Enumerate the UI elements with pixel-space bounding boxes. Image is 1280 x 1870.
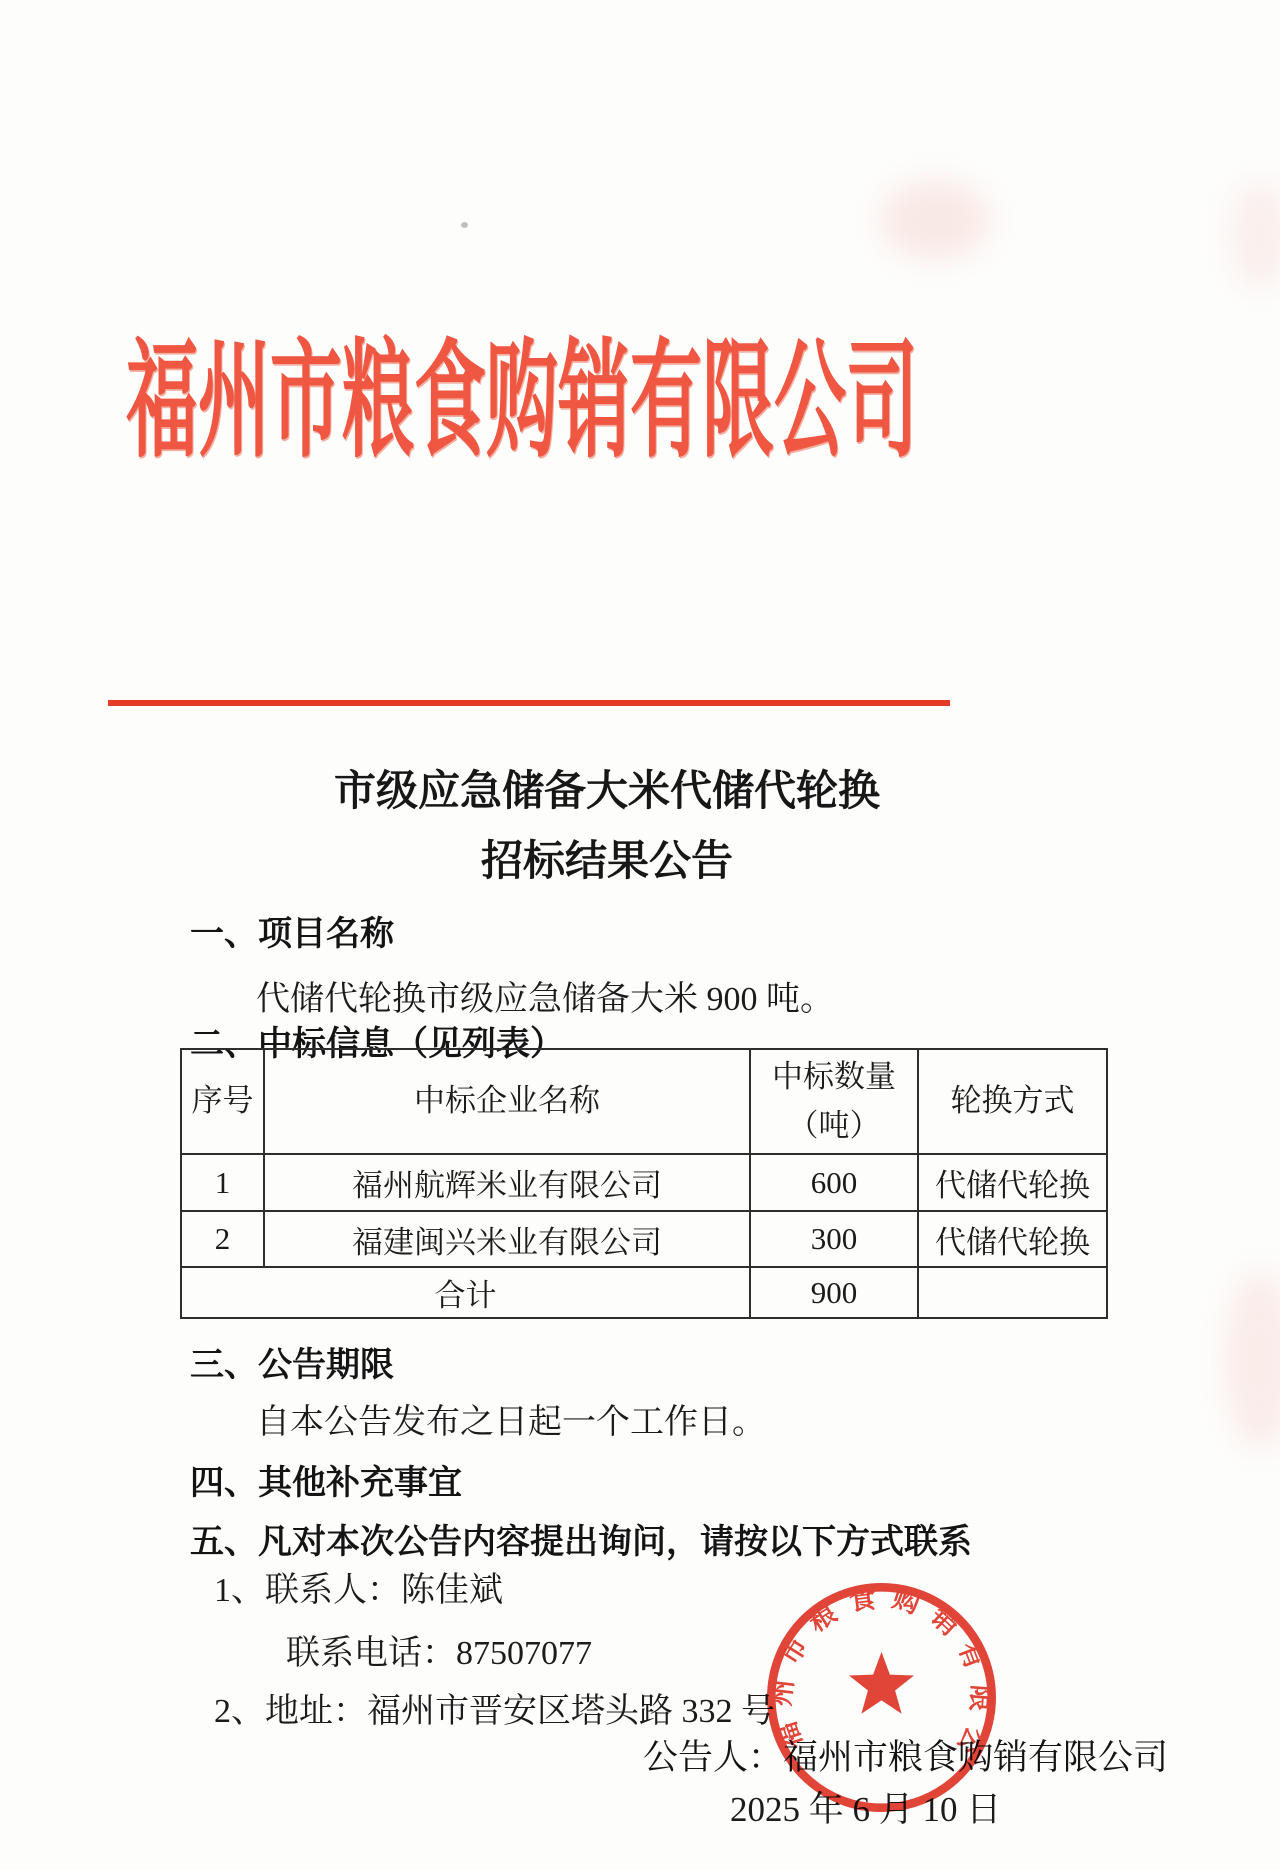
table-row: 2 福建闽兴米业有限公司 300 代储代轮换: [181, 1211, 1107, 1267]
company-letterhead: 福州市粮食购销有限公司: [126, 338, 918, 466]
document-title-line1: 市级应急储备大米代储代轮换: [0, 756, 1214, 826]
header-quantity: 中标数量 （吨）: [750, 1049, 918, 1154]
total-quantity: 900: [750, 1267, 918, 1318]
cell-method: 代储代轮换: [918, 1154, 1107, 1211]
scan-speck: [461, 222, 468, 228]
cell-method: 代储代轮换: [918, 1211, 1107, 1267]
header-quantity-line1: 中标数量: [755, 1053, 913, 1101]
total-label: 合计: [181, 1267, 750, 1318]
seal-star-icon: [849, 1652, 914, 1714]
announcer-line: 公告人：福州市粮食购销有限公司: [643, 1730, 1168, 1780]
contact-address-line: 2、地址：福州市晋安区塔头路 332 号: [214, 1683, 775, 1732]
section1-heading: 一、项目名称: [190, 914, 394, 955]
table-header-row: 序号 中标企业名称 中标数量 （吨） 轮换方式: [181, 1049, 1107, 1154]
contact-person-line: 1、联系人：陈佳斌: [214, 1562, 503, 1611]
scan-smudge: [1225, 1270, 1280, 1450]
cell-quantity: 600: [750, 1154, 918, 1211]
announcement-date: 2025 年 6 月 10 日: [730, 1782, 1001, 1832]
cell-no: 1: [181, 1154, 264, 1211]
cell-company: 福建闽兴米业有限公司: [264, 1211, 750, 1267]
cell-no: 2: [181, 1211, 264, 1267]
bid-results-table: 序号 中标企业名称 中标数量 （吨） 轮换方式 1 福州航辉米业有限公司 600…: [180, 1048, 1108, 1319]
header-company: 中标企业名称: [264, 1049, 750, 1154]
contact-phone-line: 联系电话：87507077: [286, 1625, 592, 1674]
document-title: 市级应急储备大米代储代轮换 招标结果公告: [0, 756, 1214, 896]
document-title-line2: 招标结果公告: [0, 826, 1214, 896]
section4-heading: 四、其他补充事宜: [190, 1463, 462, 1504]
document-page: 福州市粮食购销有限公司 市级应急储备大米代储代轮换 招标结果公告 一、项目名称 …: [0, 0, 1280, 1870]
letterhead-divider-rule: [108, 700, 950, 706]
section3-heading: 三、公告期限: [190, 1345, 394, 1386]
section1-body: 代储代轮换市级应急储备大米 900 吨。: [256, 980, 834, 1021]
table-total-row: 合计 900: [181, 1267, 1107, 1318]
scan-smudge: [1230, 180, 1280, 290]
header-no: 序号: [181, 1049, 264, 1154]
cell-quantity: 300: [750, 1211, 918, 1267]
header-method: 轮换方式: [918, 1049, 1107, 1154]
header-quantity-line2: （吨）: [755, 1102, 913, 1150]
scan-smudge: [880, 180, 990, 260]
section5-heading: 五、凡对本次公告内容提出询问，请按以下方式联系: [190, 1522, 972, 1563]
section3-body: 自本公告发布之日起一个工作日。: [256, 1403, 766, 1444]
cell-company: 福州航辉米业有限公司: [264, 1154, 750, 1211]
total-method: [918, 1267, 1107, 1318]
table-row: 1 福州航辉米业有限公司 600 代储代轮换: [181, 1154, 1107, 1211]
